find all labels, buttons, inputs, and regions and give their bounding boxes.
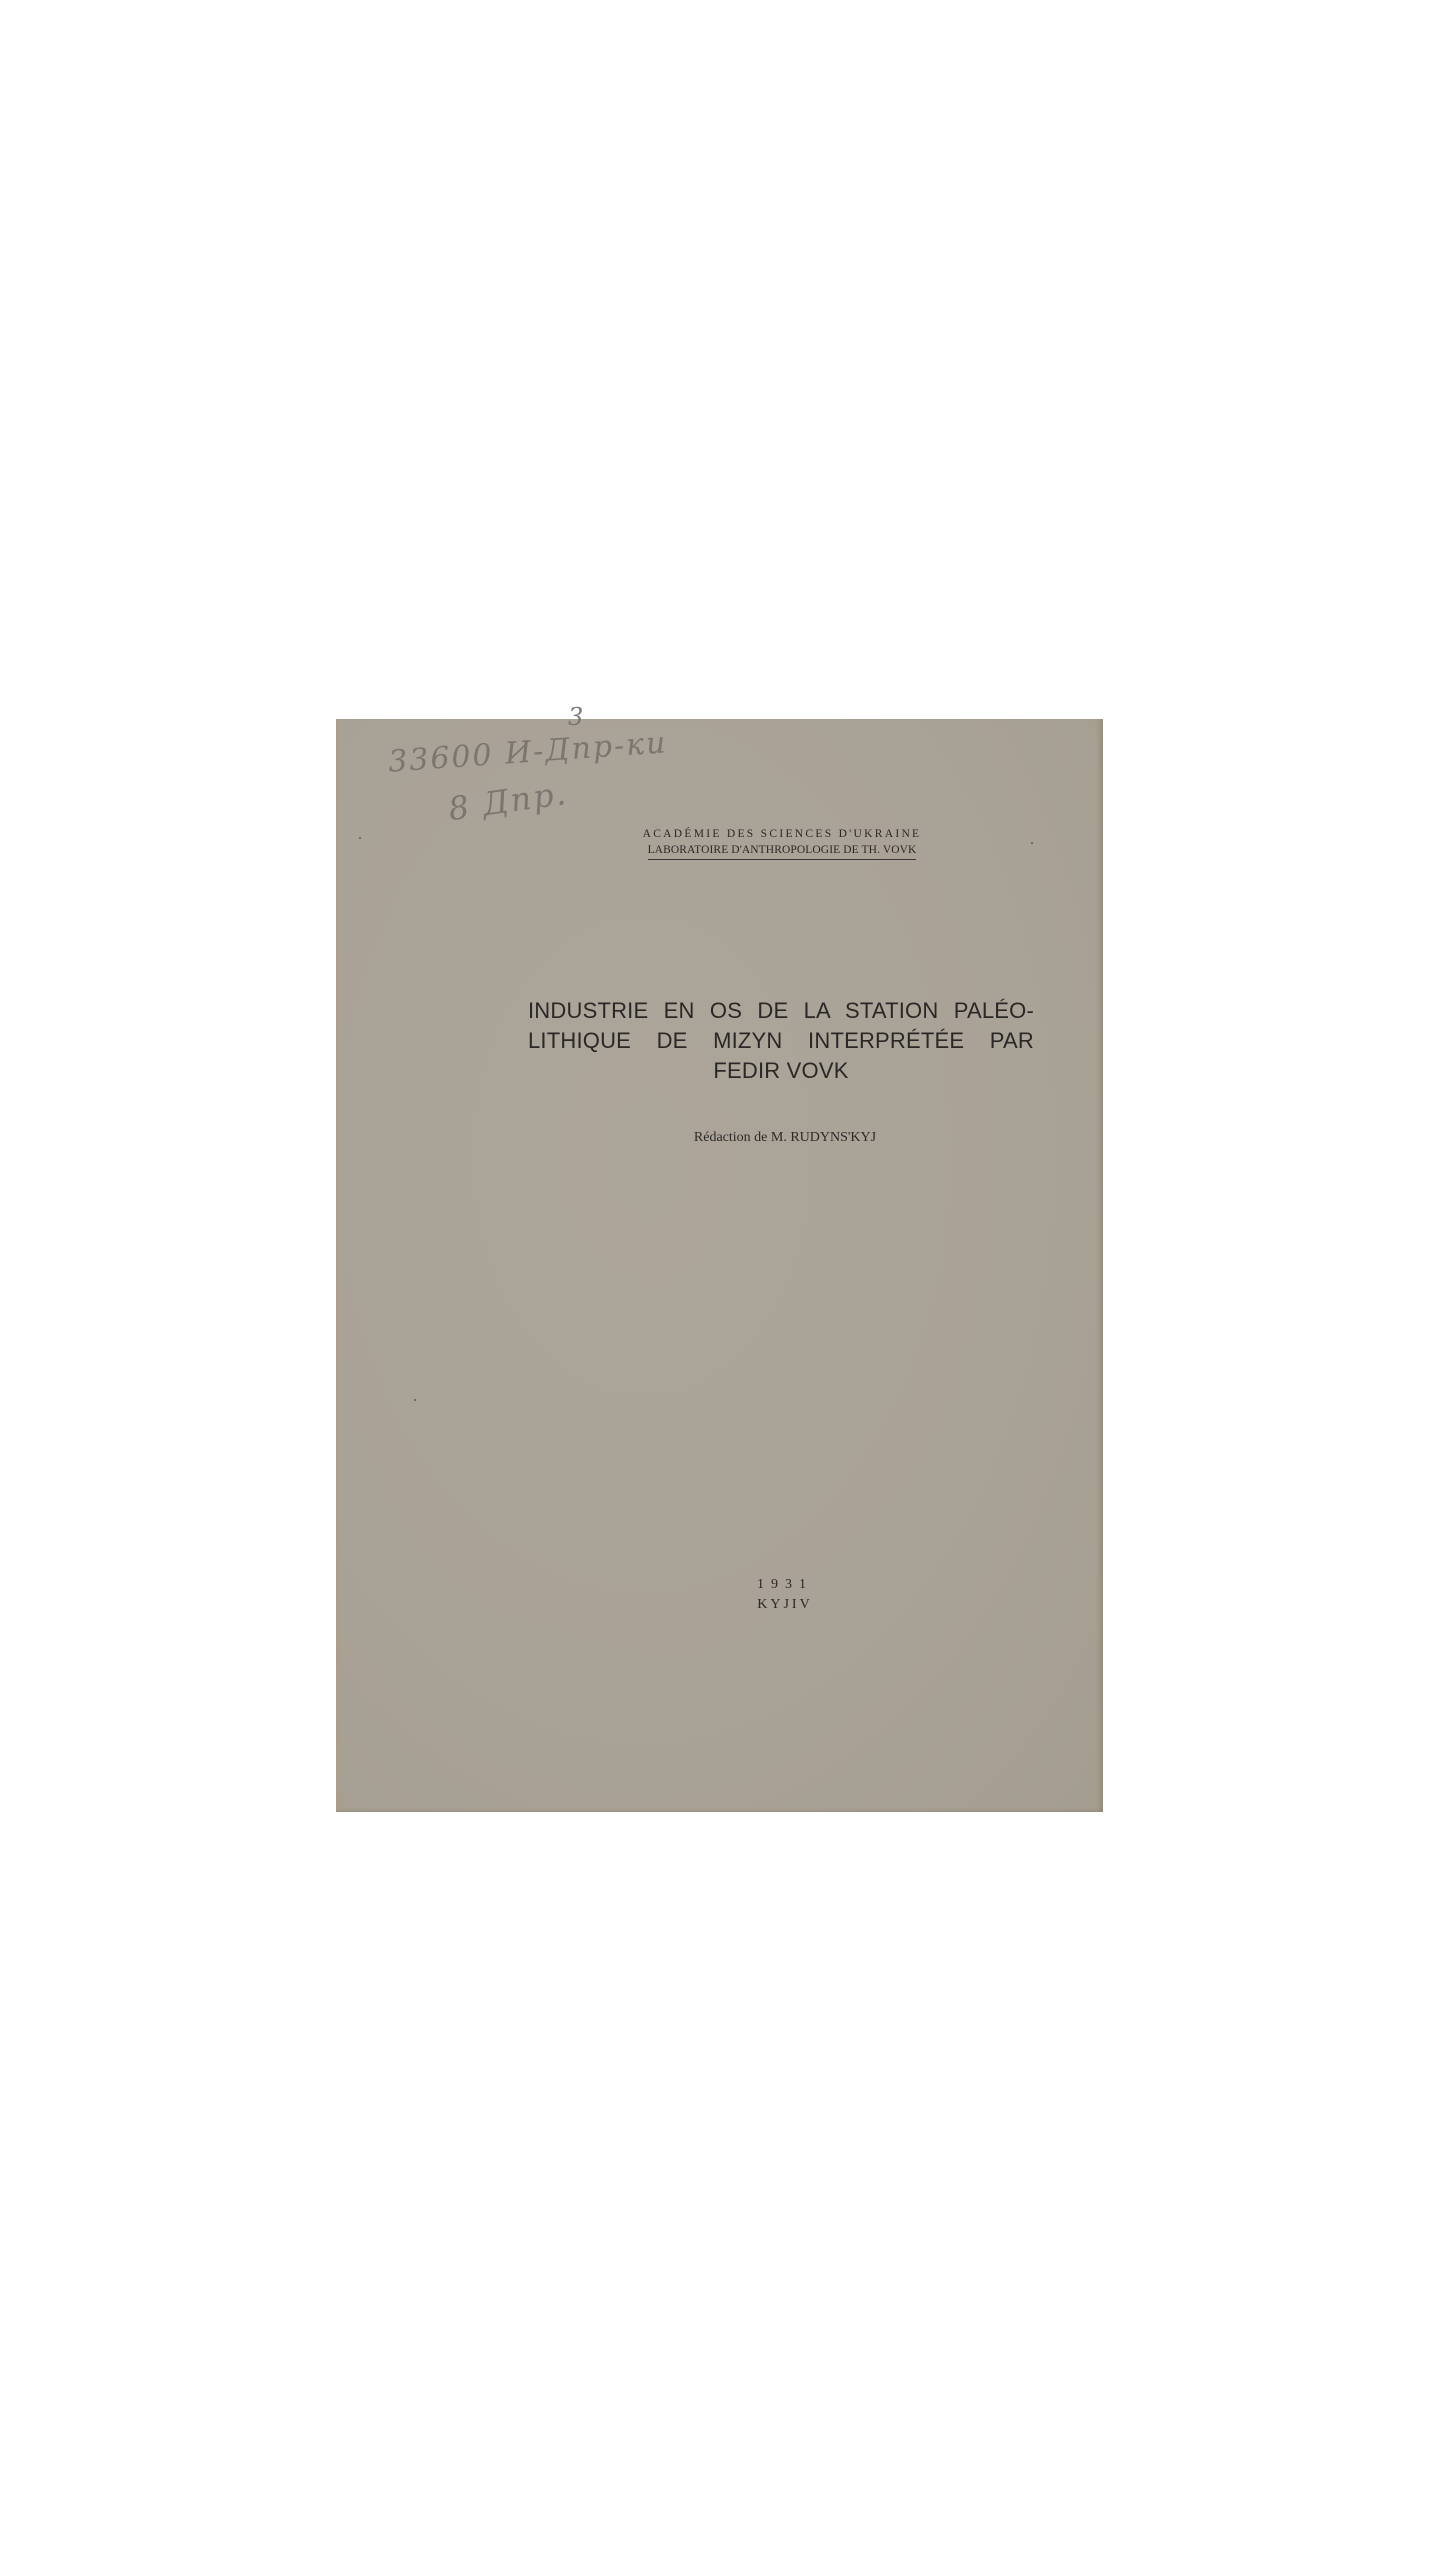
publication-city: KYJIV — [700, 1595, 870, 1615]
paper-speck — [414, 1399, 416, 1401]
title-line-2: LITHIQUE DE MIZYN INTERPRÉTÉE PAR — [528, 1026, 1034, 1056]
imprint: 1931 KYJIV — [700, 1575, 870, 1615]
title-line-3: FEDIR VOVK — [528, 1056, 1034, 1086]
paper-speck — [359, 837, 361, 839]
handwritten-superscript: 3 — [568, 703, 585, 731]
laboratory-name: LABORATOIRE D'ANTHROPOLOGIE DE TH. VOVK — [648, 842, 917, 860]
paper-speck — [1031, 842, 1033, 844]
publication-year: 1931 — [700, 1575, 870, 1595]
document-page — [336, 719, 1103, 1812]
title-line-1: INDUSTRIE EN OS DE LA STATION PALÉO- — [528, 996, 1034, 1026]
editor-credit: Rédaction de M. RUDYNS'KYJ — [640, 1130, 930, 1146]
academy-name: ACADÉMIE DES SCIENCES D'UKRAINE — [612, 826, 952, 842]
document-title: INDUSTRIE EN OS DE LA STATION PALÉO- LIT… — [528, 996, 1034, 1086]
institution-header: ACADÉMIE DES SCIENCES D'UKRAINE LABORATO… — [612, 826, 952, 860]
